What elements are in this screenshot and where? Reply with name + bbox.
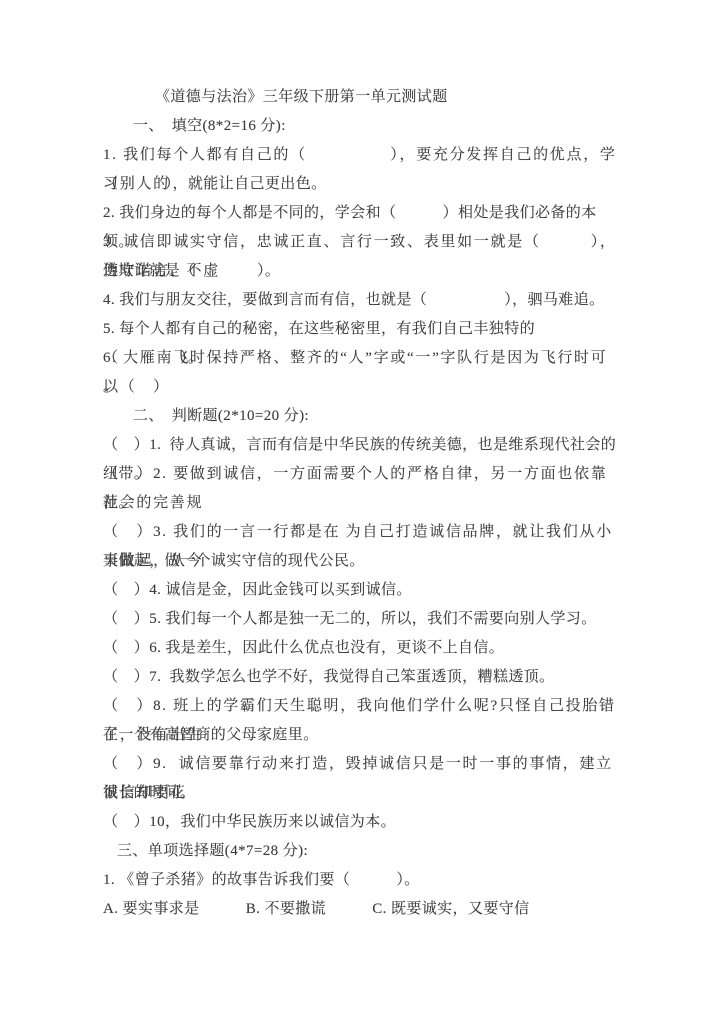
- judge-item-9-line-1: （ ）9. 诚信要靠行动来打造，毁掉诚信只是一时一事的事情，建立诚信却要花: [103, 750, 624, 779]
- page-title: 《道德与法治》三年级下册第一单元测试题: [155, 83, 624, 112]
- section1-heading-fill-in-blank: 一、 填空(8*2=16 分):: [133, 112, 624, 141]
- fill-item-3-line-2: 伪欺诈就是（ ）。: [103, 257, 624, 286]
- test-paper-body: 《道德与法治》三年级下册第一单元测试题 一、 填空(8*2=16 分): 1. …: [103, 83, 624, 924]
- judge-item-7: （ ）7. 我数学怎么也学不好，我觉得自己笨蛋透顶，糟糕透顶。: [103, 663, 624, 692]
- judge-item-3-line-1: （ ）3. 我们的一言一行都是在 为自己打造诚信品牌，就让我们从小事做起，从今: [103, 518, 624, 547]
- fill-item-6-line-2: 。: [103, 373, 624, 402]
- judge-item-5: （ ）5. 我们每一个人都是独一无二的，所以，我们不需要向别人学习。: [103, 605, 624, 634]
- judge-item-4: （ ）4. 诚信是金，因此金钱可以买到诚信。: [103, 576, 624, 605]
- judge-item-8-line-2: 在一个有高智商的父母家庭里。: [103, 721, 624, 750]
- judge-item-3-line-2: 天做起，做一个诚实守信的现代公民。: [103, 547, 624, 576]
- section2-heading-true-false: 二、 判断题(2*10=20 分):: [133, 402, 624, 431]
- fill-item-5: 5. 每个人都有自己的秘密，在这些秘密里，有我们自己丰独特的（ ）。: [103, 315, 624, 344]
- fill-item-1-line-1: 1. 我们每个人都有自己的（ ），要充分发挥自己的优点，学习别人的: [103, 141, 624, 170]
- fill-item-1-line-2: （ ），就能让自己更出色。: [103, 170, 624, 199]
- judge-item-6: （ ）6. 我是差生，因此什么优点也没有，更谈不上自信。: [103, 634, 624, 663]
- section3-heading-multiple-choice: 三、单项选择题(4*7=28 分):: [117, 837, 624, 866]
- judge-item-10: （ ）10，我们中华民族历来以诚信为本。: [103, 808, 624, 837]
- choice-question-1: 1. 《曾子杀猪》的故事告诉我们要（ ）。: [103, 866, 624, 895]
- fill-item-6-line-1: 6. 大雁南飞时保持严格、整齐的“人”字或“一”字队行是因为飞行时可以（ ）: [103, 344, 624, 373]
- scanned-test-paper-page: 《道德与法治》三年级下册第一单元测试题 一、 填空(8*2=16 分): 1. …: [0, 0, 724, 1024]
- fill-item-4: 4. 我们与朋友交往，要做到言而有信，也就是（ ），驷马难追。: [103, 286, 624, 315]
- fill-item-2: 2. 我们身边的每个人都是不同的，学会和（ ）相处是我们必备的本领。: [103, 199, 624, 228]
- choice-question-1-options: A. 要实事求是 B. 不要撒谎 C. 既要诚实，又要守信: [103, 895, 624, 924]
- judge-item-1: （ ）1. 待人真诚，言而有信是中华民族的传统美德，也是维系现代社会的纽带。: [103, 431, 624, 460]
- judge-item-8-line-1: （ ）8. 班上的学霸们天生聪明，我向他们学什么呢?只怪自己投胎错了，没有出生: [103, 692, 624, 721]
- fill-item-3-line-1: 3. 诚信即诚实守信，忠诚正直、言行一致、表里如一就是（ ），遵守诺言、不虚: [103, 228, 624, 257]
- judge-item-9-line-2: 很长的时间。: [103, 779, 624, 808]
- judge-item-2-line-1: （ ）2. 要做到诚信，一方面需要个人的严格自律，另一方面也依靠社会的完善规: [103, 460, 624, 489]
